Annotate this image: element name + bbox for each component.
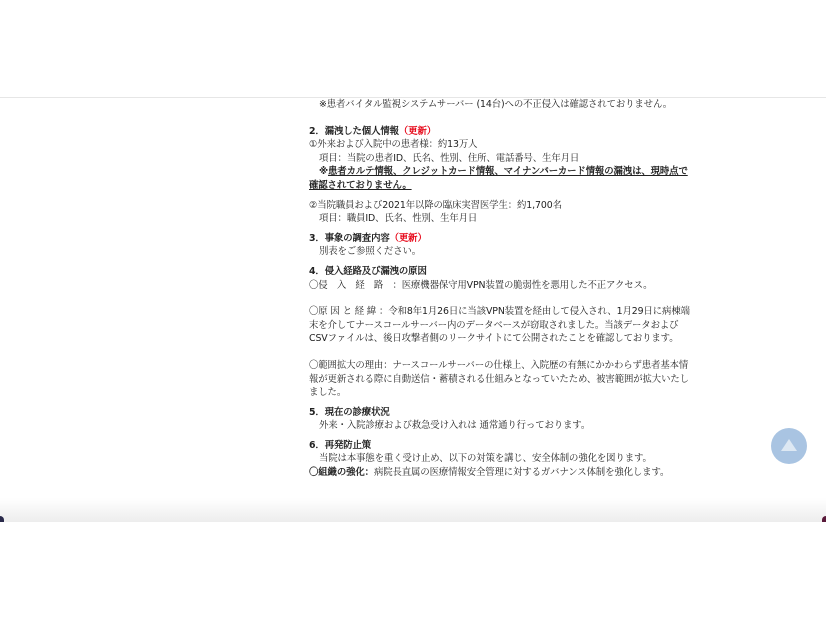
section2-heading: 2．漏洩した個人情報（更新） — [309, 125, 694, 139]
section2-item2: ②当院職員および2021年以降の臨床実習医学生：約1,700名 — [309, 199, 694, 213]
section2-item1-fields: 項目：当院の患者ID、氏名、性別、住所、電話番号、生年月日 — [309, 152, 694, 166]
section2-item1: ①外来および入院中の患者様：約13万人 — [309, 138, 694, 152]
incident-notice-content: ※患者バイタル監視システムサーバー (14台)への不正侵入は確認されておりません… — [309, 98, 694, 480]
update-badge: （更新） — [399, 126, 436, 137]
non-leak-note: 患者カルテ情報、クレジットカード情報、マイナンバーカード情報の漏洩は、現時点で確… — [309, 166, 688, 191]
section2-item2-fields: 項目：職員ID、氏名、性別、生年月日 — [309, 212, 694, 226]
section3-title: 3．事象の調査内容 — [309, 233, 390, 244]
section6-item1-body: 病院長直属の医療情報安全管理に対するガバナンス体制を強化します。 — [374, 467, 669, 478]
triangle-up-icon — [781, 439, 797, 451]
section4-scope: 〇範囲拡大の理由：ナースコールサーバーの仕様上、入院歴の有無にかかわらず患者基本… — [309, 359, 694, 400]
section6-intro: 当院は本事態を重く受け止め、以下の対策を講じ、安全体制の強化を図ります。 — [309, 452, 694, 466]
section5-heading: 5．現在の診療状況 — [309, 406, 694, 420]
scroll-to-top-button[interactable] — [771, 428, 807, 464]
section2-title: 2．漏洩した個人情報 — [309, 126, 399, 137]
section5-body: 外来・入院診療および救急受け入れは 通常通り行っております。 — [309, 419, 694, 433]
section6-item1-label: 〇組織の強化： — [309, 467, 374, 478]
page-header-area — [0, 0, 826, 98]
section6-heading: 6．再発防止策 — [309, 439, 694, 453]
section4-route: 〇侵 入 経 路 ：医療機器保守用VPN装置の脆弱性を悪用した不正アクセス。 — [309, 279, 694, 293]
vital-server-note: ※患者バイタル監視システムサーバー (14台)への不正侵入は確認されておりません… — [309, 98, 694, 112]
section2-item1-note: ※患者カルテ情報、クレジットカード情報、マイナンバーカード情報の漏洩は、現時点で… — [309, 165, 694, 192]
section3-body: 別表をご参照ください。 — [309, 245, 694, 259]
section6-item1: 〇組織の強化：病院長直属の医療情報安全管理に対するガバナンス体制を強化します。 — [309, 466, 694, 480]
section4-heading: 4．侵入経路及び漏洩の原因 — [309, 265, 694, 279]
section3-heading: 3．事象の調査内容（更新） — [309, 232, 694, 246]
below-viewport-area — [0, 522, 826, 620]
update-badge: （更新） — [390, 233, 427, 244]
article-viewport: ※患者バイタル監視システムサーバー (14台)への不正侵入は確認されておりません… — [0, 98, 826, 521]
section4-cause: 〇原 因 と 経 緯 ：令和8年1月26日に当該VPN装置を経由して侵入され、1… — [309, 305, 694, 346]
viewport-bottom-fade — [0, 498, 826, 522]
